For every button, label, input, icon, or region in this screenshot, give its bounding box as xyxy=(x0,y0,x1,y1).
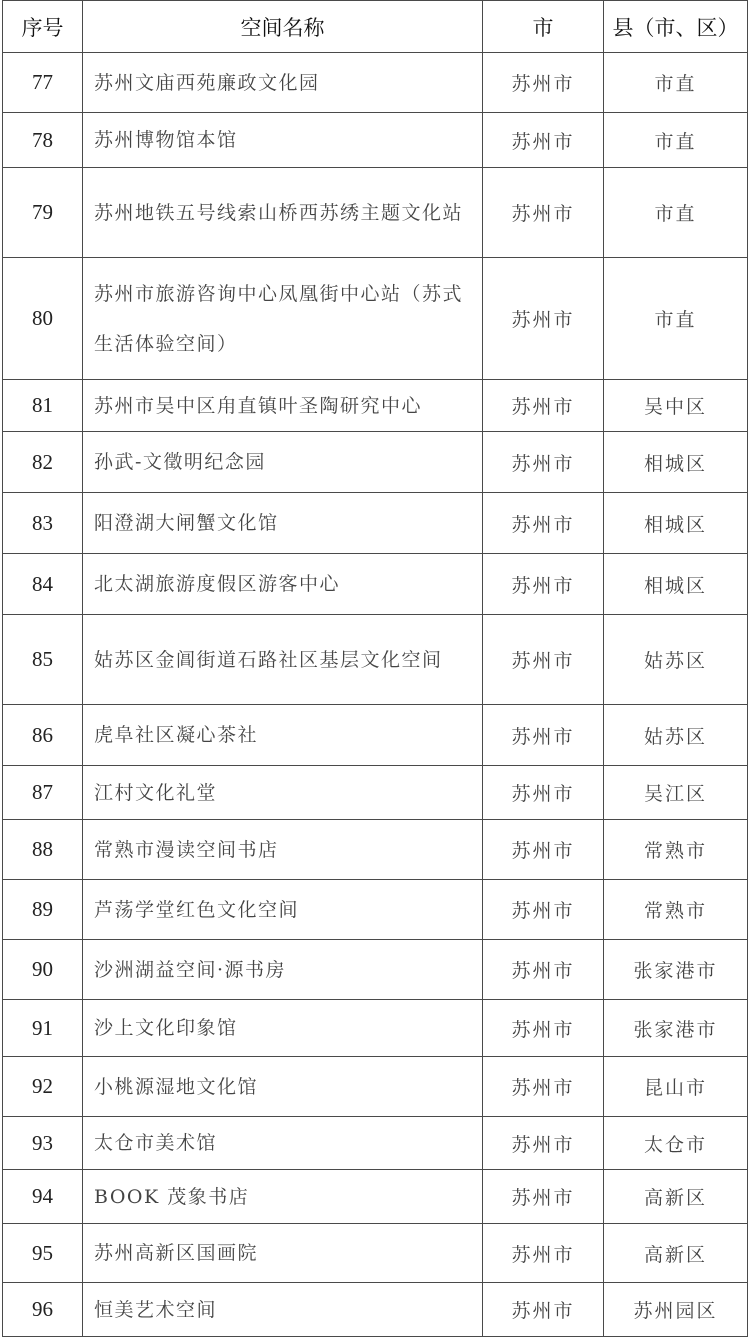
row-county: 常熟市 xyxy=(604,820,748,880)
row-city: 苏州市 xyxy=(483,705,604,766)
row-space-name: BOOK 茂象书店 xyxy=(83,1170,483,1224)
table-row: 91沙上文化印象馆苏州市张家港市 xyxy=(3,1000,748,1057)
row-index: 93 xyxy=(3,1117,83,1170)
row-county: 相城区 xyxy=(604,554,748,615)
row-county: 常熟市 xyxy=(604,880,748,940)
row-city: 苏州市 xyxy=(483,766,604,820)
row-space-name: 虎阜社区凝心茶社 xyxy=(83,705,483,766)
row-county: 太仓市 xyxy=(604,1117,748,1170)
row-space-name: 太仓市美术馆 xyxy=(83,1117,483,1170)
row-space-name: 苏州高新区国画院 xyxy=(83,1224,483,1283)
table-row: 86虎阜社区凝心茶社苏州市姑苏区 xyxy=(3,705,748,766)
row-space-name: 苏州地铁五号线索山桥西苏绣主题文化站 xyxy=(83,168,483,258)
row-city: 苏州市 xyxy=(483,53,604,113)
row-space-name: 江村文化礼堂 xyxy=(83,766,483,820)
row-index: 91 xyxy=(3,1000,83,1057)
row-city: 苏州市 xyxy=(483,1224,604,1283)
row-index: 77 xyxy=(3,53,83,113)
row-space-name: 姑苏区金阊街道石路社区基层文化空间 xyxy=(83,615,483,705)
cultural-spaces-table: 序号 空间名称 市 县（市、区） 77苏州文庙西苑廉政文化园苏州市市直78苏州博… xyxy=(2,0,748,1337)
row-county: 吴中区 xyxy=(604,380,748,432)
row-county: 市直 xyxy=(604,168,748,258)
table-row: 90沙洲湖益空间·源书房苏州市张家港市 xyxy=(3,940,748,1000)
row-space-name: 沙上文化印象馆 xyxy=(83,1000,483,1057)
row-city: 苏州市 xyxy=(483,1057,604,1117)
table-row: 81苏州市吴中区甪直镇叶圣陶研究中心苏州市吴中区 xyxy=(3,380,748,432)
row-space-name: 北太湖旅游度假区游客中心 xyxy=(83,554,483,615)
header-index: 序号 xyxy=(3,1,83,53)
row-index: 92 xyxy=(3,1057,83,1117)
row-city: 苏州市 xyxy=(483,554,604,615)
row-county: 市直 xyxy=(604,113,748,168)
table-row: 92小桃源湿地文化馆苏州市昆山市 xyxy=(3,1057,748,1117)
row-city: 苏州市 xyxy=(483,432,604,493)
row-county: 高新区 xyxy=(604,1170,748,1224)
row-index: 87 xyxy=(3,766,83,820)
row-city: 苏州市 xyxy=(483,940,604,1000)
table-row: 96恒美艺术空间苏州市苏州园区 xyxy=(3,1283,748,1337)
row-index: 85 xyxy=(3,615,83,705)
table-body: 77苏州文庙西苑廉政文化园苏州市市直78苏州博物馆本馆苏州市市直79苏州地铁五号… xyxy=(3,53,748,1337)
row-index: 84 xyxy=(3,554,83,615)
row-county: 相城区 xyxy=(604,493,748,554)
row-space-name: 苏州市吴中区甪直镇叶圣陶研究中心 xyxy=(83,380,483,432)
table-row: 82孙武-文徵明纪念园苏州市相城区 xyxy=(3,432,748,493)
row-county: 昆山市 xyxy=(604,1057,748,1117)
row-county: 姑苏区 xyxy=(604,705,748,766)
row-city: 苏州市 xyxy=(483,493,604,554)
row-city: 苏州市 xyxy=(483,1117,604,1170)
table-row: 79苏州地铁五号线索山桥西苏绣主题文化站苏州市市直 xyxy=(3,168,748,258)
row-county: 姑苏区 xyxy=(604,615,748,705)
row-county: 相城区 xyxy=(604,432,748,493)
table-row: 77苏州文庙西苑廉政文化园苏州市市直 xyxy=(3,53,748,113)
row-city: 苏州市 xyxy=(483,1283,604,1337)
table-row: 78苏州博物馆本馆苏州市市直 xyxy=(3,113,748,168)
header-name: 空间名称 xyxy=(83,1,483,53)
row-county: 高新区 xyxy=(604,1224,748,1283)
row-city: 苏州市 xyxy=(483,113,604,168)
table-row: 87江村文化礼堂苏州市吴江区 xyxy=(3,766,748,820)
row-space-name: 阳澄湖大闸蟹文化馆 xyxy=(83,493,483,554)
table-header-row: 序号 空间名称 市 县（市、区） xyxy=(3,1,748,53)
row-space-name: 苏州博物馆本馆 xyxy=(83,113,483,168)
row-space-name: 芦荡学堂红色文化空间 xyxy=(83,880,483,940)
table-row: 89芦荡学堂红色文化空间苏州市常熟市 xyxy=(3,880,748,940)
row-county: 张家港市 xyxy=(604,940,748,1000)
row-index: 79 xyxy=(3,168,83,258)
row-city: 苏州市 xyxy=(483,615,604,705)
row-index: 95 xyxy=(3,1224,83,1283)
row-index: 94 xyxy=(3,1170,83,1224)
header-city: 市 xyxy=(483,1,604,53)
row-index: 82 xyxy=(3,432,83,493)
table-row: 85姑苏区金阊街道石路社区基层文化空间苏州市姑苏区 xyxy=(3,615,748,705)
row-county: 吴江区 xyxy=(604,766,748,820)
row-city: 苏州市 xyxy=(483,1170,604,1224)
row-county: 市直 xyxy=(604,53,748,113)
table-row: 95苏州高新区国画院苏州市高新区 xyxy=(3,1224,748,1283)
row-space-name: 小桃源湿地文化馆 xyxy=(83,1057,483,1117)
row-city: 苏州市 xyxy=(483,880,604,940)
row-city: 苏州市 xyxy=(483,168,604,258)
row-space-name: 沙洲湖益空间·源书房 xyxy=(83,940,483,1000)
table-row: 88常熟市漫读空间书店苏州市常熟市 xyxy=(3,820,748,880)
row-city: 苏州市 xyxy=(483,380,604,432)
table-row: 84北太湖旅游度假区游客中心苏州市相城区 xyxy=(3,554,748,615)
row-county: 苏州园区 xyxy=(604,1283,748,1337)
row-space-name: 常熟市漫读空间书店 xyxy=(83,820,483,880)
row-space-name: 苏州市旅游咨询中心凤凰街中心站（苏式生活体验空间） xyxy=(83,258,483,380)
row-city: 苏州市 xyxy=(483,820,604,880)
row-index: 80 xyxy=(3,258,83,380)
row-space-name: 苏州文庙西苑廉政文化园 xyxy=(83,53,483,113)
row-city: 苏州市 xyxy=(483,258,604,380)
header-county: 县（市、区） xyxy=(604,1,748,53)
row-county: 市直 xyxy=(604,258,748,380)
row-index: 78 xyxy=(3,113,83,168)
row-index: 90 xyxy=(3,940,83,1000)
row-index: 83 xyxy=(3,493,83,554)
row-index: 86 xyxy=(3,705,83,766)
table-row: 94BOOK 茂象书店苏州市高新区 xyxy=(3,1170,748,1224)
row-index: 88 xyxy=(3,820,83,880)
table-row: 93太仓市美术馆苏州市太仓市 xyxy=(3,1117,748,1170)
row-index: 89 xyxy=(3,880,83,940)
table-row: 80苏州市旅游咨询中心凤凰街中心站（苏式生活体验空间）苏州市市直 xyxy=(3,258,748,380)
table-row: 83阳澄湖大闸蟹文化馆苏州市相城区 xyxy=(3,493,748,554)
row-county: 张家港市 xyxy=(604,1000,748,1057)
row-index: 96 xyxy=(3,1283,83,1337)
row-space-name: 孙武-文徵明纪念园 xyxy=(83,432,483,493)
row-index: 81 xyxy=(3,380,83,432)
row-city: 苏州市 xyxy=(483,1000,604,1057)
row-space-name: 恒美艺术空间 xyxy=(83,1283,483,1337)
